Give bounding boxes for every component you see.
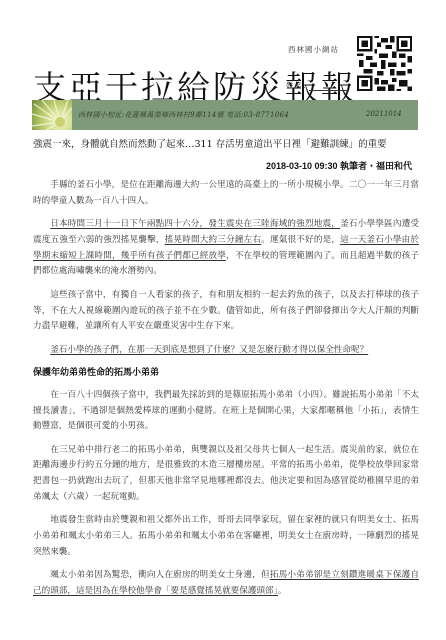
paragraph-2: 日本時間三月十一日下午兩點四十六分，發生震央在三陸海域的強烈地震，釜石小學學區內… — [33, 217, 419, 280]
text-segment: 手縣的釜石小學，是位在距離海邊大約一公里遠的高臺上的一所小規模小學。二〇一一年三… — [33, 180, 419, 206]
name-field[interactable]: 姓名: — [286, 80, 349, 91]
article-byline: 2018-03-10 09:30 執筆者・福田和代 — [266, 159, 412, 172]
issue-date: 20211014 — [366, 110, 402, 118]
school-website-label: 西林國小網站 — [288, 44, 339, 55]
text-segment: 這些孩子當中，有獨自一人看家的孩子，有和朋友相約一起去釣魚的孩子，以及去打棒球的… — [33, 290, 419, 332]
article-body: 手縣的釜石小學，是位在距離海邊大約一公里遠的高臺上的一所小規模小學。二〇一一年三… — [33, 178, 419, 607]
name-label: 姓名: — [286, 81, 307, 90]
section-paragraph-4: 颯太小弟弟因為驚恐，衝向人在廚房的明美女士身邊，但拓馬小弟弟卻是立刻鑽進暖桌下保… — [33, 568, 419, 600]
underlined-question: 釜石小學的孩子們，在那一天到底是想到了什麼？又是怎麼行動才得以保全性命呢？ — [50, 345, 368, 355]
underlined-text: 搖晃時間大約三分鐘左右 — [165, 235, 262, 245]
newsletter-header: 支亞干拉給防災報報 西林國小網站 姓名: — [0, 0, 446, 135]
section-paragraph-3: 地震發生當時由於雙親和祖父都外出工作，哥哥去同學家玩，留在家裡的就只有明美女士、… — [33, 513, 419, 560]
underlined-text: 日本時間三月十一日下午兩點四十六分，發生震央在三陸海域的強烈地震， — [50, 219, 340, 229]
paragraph-1: 手縣的釜石小學，是位在距離海邊大約一公里遠的高臺上的一所小規模小學。二〇一一年三… — [33, 178, 419, 210]
text-segment: 在一百八十四個孩子當中，我們最先採訪到的是篠原拓馬小弟弟（小四）。雖說拓馬小弟弟… — [33, 390, 419, 432]
paragraph-3: 這些孩子當中，有獨自一人看家的孩子，有和朋友相約一起去釣魚的孩子，以及去打棒球的… — [33, 288, 419, 335]
flower-decoration-icon — [32, 100, 72, 130]
article-headline: 強震一來，身體就自然而然動了起來…311 存活男童道出平日裡「避難訓練」的重要 — [33, 136, 387, 150]
section-title: 保護年幼弟弟性命的拓馬小弟弟 — [33, 366, 419, 382]
paragraph-4: 釜石小學的孩子們，在那一天到底是想到了什麼？又是怎麼行動才得以保全性命呢？ — [33, 343, 419, 359]
text-segment: 地震發生當時由於雙親和祖父都外出工作，哥哥去同學家玩，留在家裡的就只有明美女士、… — [33, 515, 419, 557]
text-segment: 。 — [278, 586, 287, 596]
qr-code-icon[interactable] — [357, 36, 412, 91]
text-segment: 颯太小弟弟因為驚恐，衝向人在廚房的明美女士身邊，但 — [50, 570, 270, 580]
text-segment: 。運氣很不好的是， — [261, 235, 340, 245]
name-blank-line[interactable] — [309, 82, 349, 91]
section-paragraph-1: 在一百八十四個孩子當中，我們最先採訪到的是篠原拓馬小弟弟（小四）。雖說拓馬小弟弟… — [33, 388, 419, 435]
school-address-phone: 西林國小校址:花蓮縣萬榮鄉西林村9鄰114號 電話:03-8771064 — [78, 110, 289, 120]
text-segment: 在三兄弟中排行老二的拓馬小弟弟，與雙親以及祖父母共七個人一起生活。震災前的家，就… — [33, 445, 419, 502]
section-paragraph-2: 在三兄弟中排行老二的拓馬小弟弟，與雙親以及祖父母共七個人一起生活。震災前的家，就… — [33, 443, 419, 506]
